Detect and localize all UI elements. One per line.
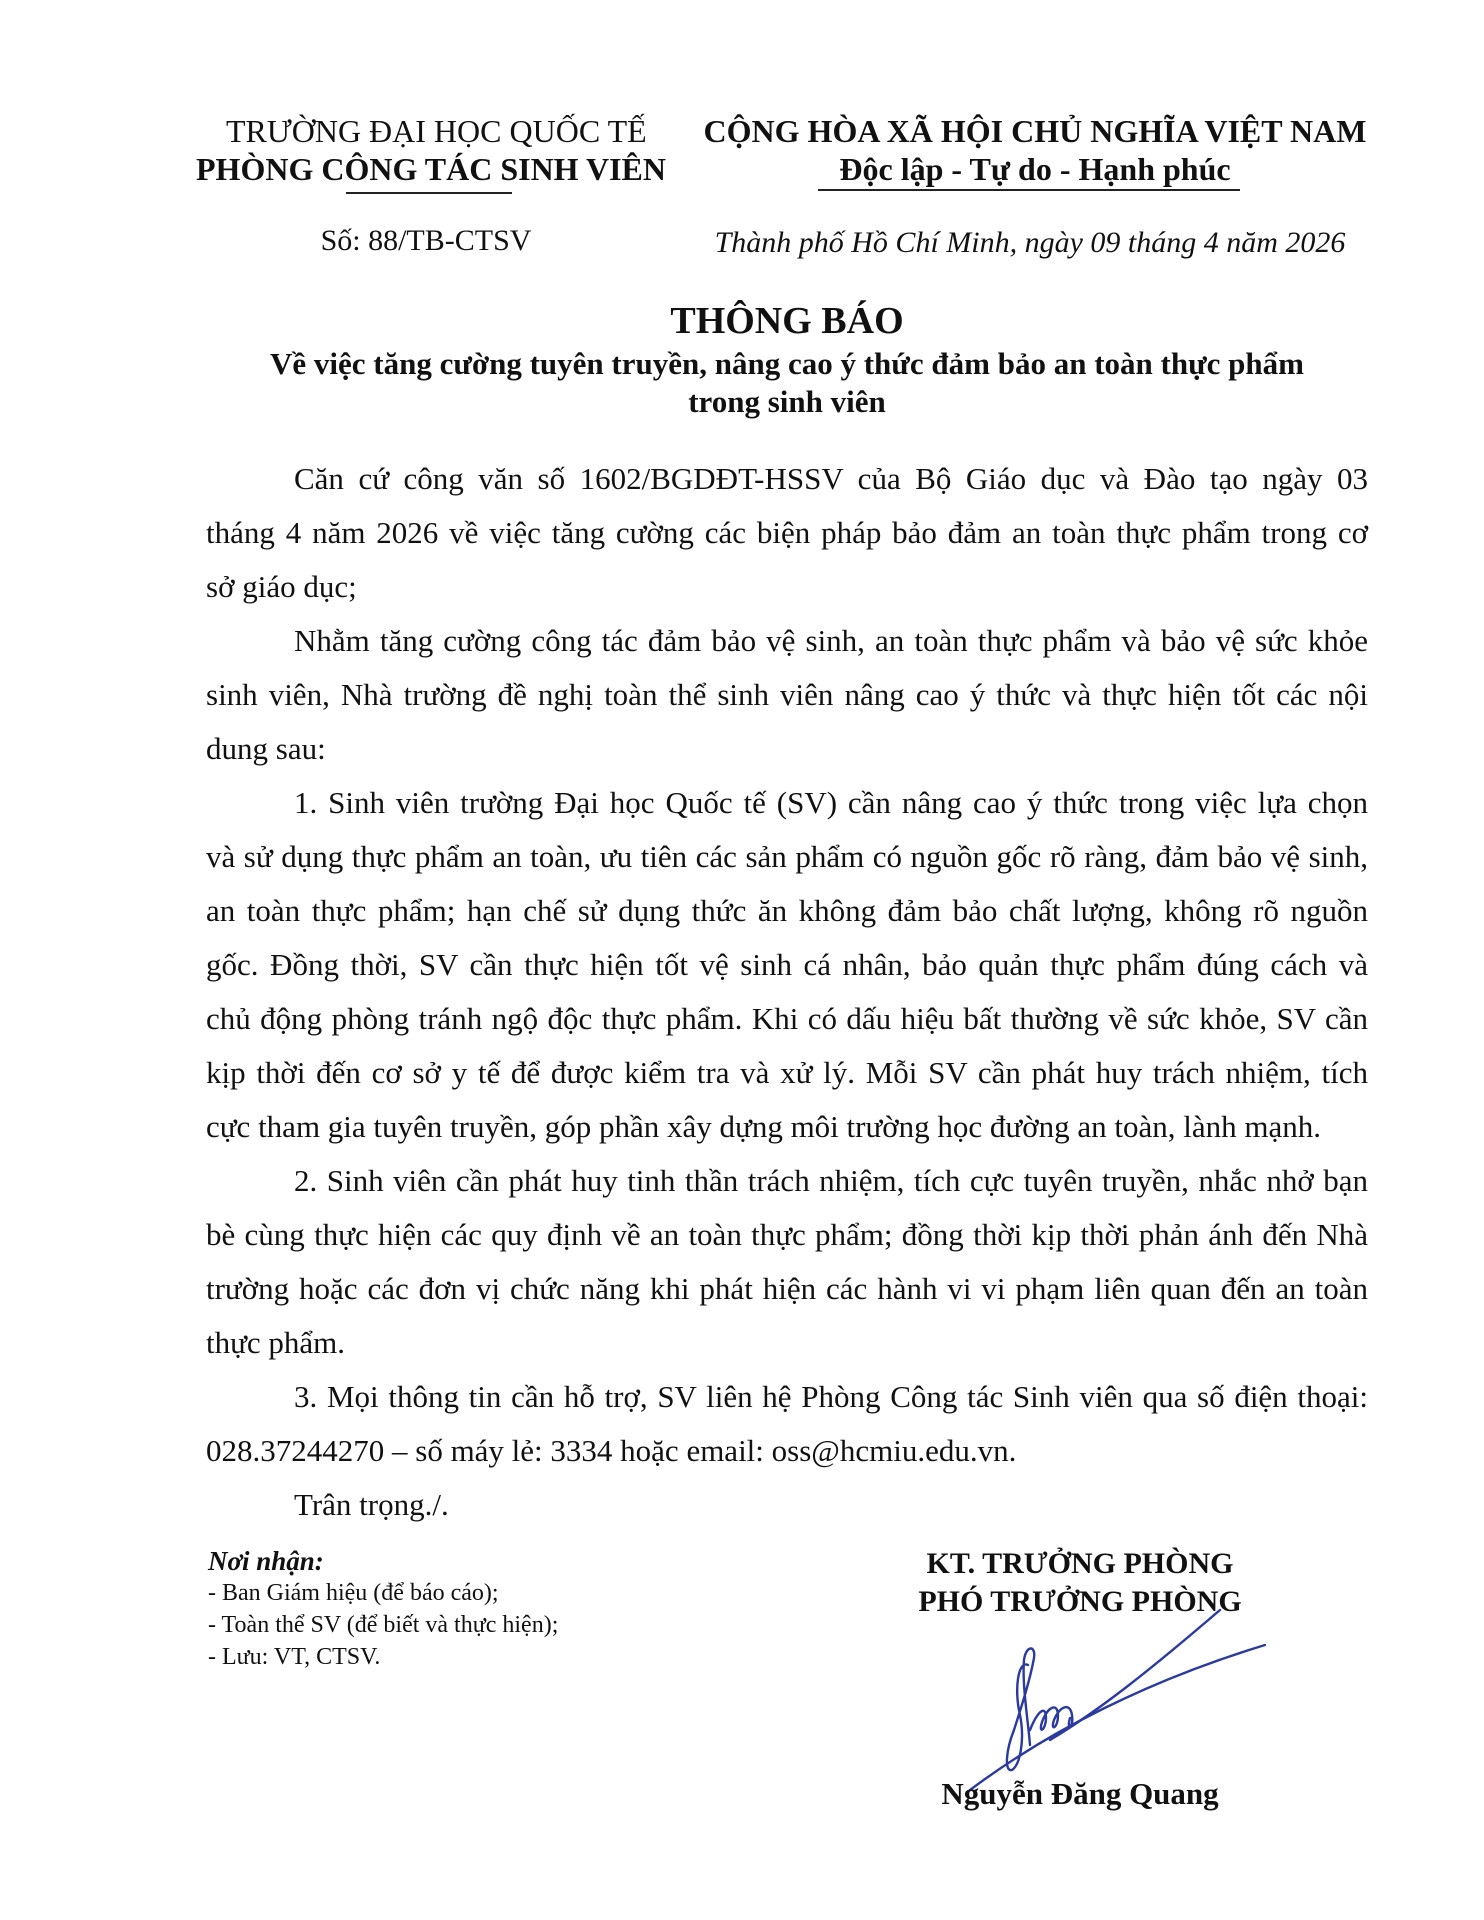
body-line: 3. Mọi thông tin cần hỗ trợ, SV liên hệ … xyxy=(294,1378,1368,1416)
body-line: sinh viên, Nhà trường đề nghị toàn thể s… xyxy=(206,676,1368,714)
right-header-underline xyxy=(818,189,1240,191)
body-line: an toàn thực phẩm; hạn chế sử dụng thức … xyxy=(206,892,1368,930)
body-line: thực phẩm. xyxy=(206,1324,1368,1362)
body-line: gốc. Đồng thời, SV cần thực hiện tốt vệ … xyxy=(206,946,1368,984)
document-subtitle-cont: trong sinh viên xyxy=(0,383,1484,421)
national-title: CỘNG HÒA XÃ HỘI CHỦ NGHĨA VIỆT NAM xyxy=(690,112,1380,150)
body-line: bè cùng thực hiện các quy định về an toà… xyxy=(206,1216,1368,1254)
body-line: 2. Sinh viên cần phát huy tinh thần trác… xyxy=(294,1162,1368,1200)
recipient-item: - Toàn thể SV (để biết và thực hiện); xyxy=(208,1609,558,1641)
document-date: Thành phố Hồ Chí Minh, ngày 09 tháng 4 n… xyxy=(660,224,1400,262)
body-line: dung sau: xyxy=(206,730,1368,768)
signer-name: Nguyễn Đăng Quang xyxy=(860,1776,1300,1812)
department-name: PHÒNG CÔNG TÁC SINH VIÊN xyxy=(196,150,656,188)
body-line: kịp thời đến cơ sở y tế để được kiểm tra… xyxy=(206,1054,1368,1092)
body-line: sở giáo dục; xyxy=(206,568,1368,606)
recipient-item: - Ban Giám hiệu (để báo cáo); xyxy=(208,1577,558,1609)
recipient-item: - Lưu: VT, CTSV. xyxy=(208,1641,558,1673)
left-header-underline xyxy=(346,192,512,194)
document-title: THÔNG BÁO xyxy=(0,300,1484,342)
school-name: TRƯỜNG ĐẠI HỌC QUỐC TẾ xyxy=(226,112,626,150)
recipients-block: Nơi nhận: - Ban Giám hiệu (để báo cáo); … xyxy=(208,1545,558,1673)
national-motto: Độc lập - Tự do - Hạnh phúc xyxy=(690,150,1380,188)
document-number: Số: 88/TB-CTSV xyxy=(226,222,626,260)
body-line: Nhằm tăng cường công tác đảm bảo vệ sinh… xyxy=(294,622,1368,660)
body-line: tháng 4 năm 2026 về việc tăng cường các … xyxy=(206,514,1368,552)
body-line: 1. Sinh viên trường Đại học Quốc tế (SV)… xyxy=(294,784,1368,822)
signature-title: KT. TRƯỞNG PHÒNG xyxy=(860,1547,1300,1581)
body-line: và sử dụng thực phẩm an toàn, ưu tiên cá… xyxy=(206,838,1368,876)
body-line: trường hoặc các đơn vị chức năng khi phá… xyxy=(206,1270,1368,1308)
document-subtitle: Về việc tăng cường tuyên truyền, nâng ca… xyxy=(0,345,1484,383)
body-line: chủ động phòng tránh ngộ độc thực phẩm. … xyxy=(206,1000,1368,1038)
recipients-heading: Nơi nhận: xyxy=(208,1545,558,1577)
body-line: Trân trọng./. xyxy=(294,1486,1368,1524)
body-line: cực tham gia tuyên truyền, góp phần xây … xyxy=(206,1108,1368,1146)
body-line: 028.37244270 – số máy lẻ: 3334 hoặc emai… xyxy=(206,1432,1368,1470)
signature-scribble xyxy=(930,1590,1270,1790)
body-line: Căn cứ công văn số 1602/BGDĐT-HSSV của B… xyxy=(294,460,1368,498)
